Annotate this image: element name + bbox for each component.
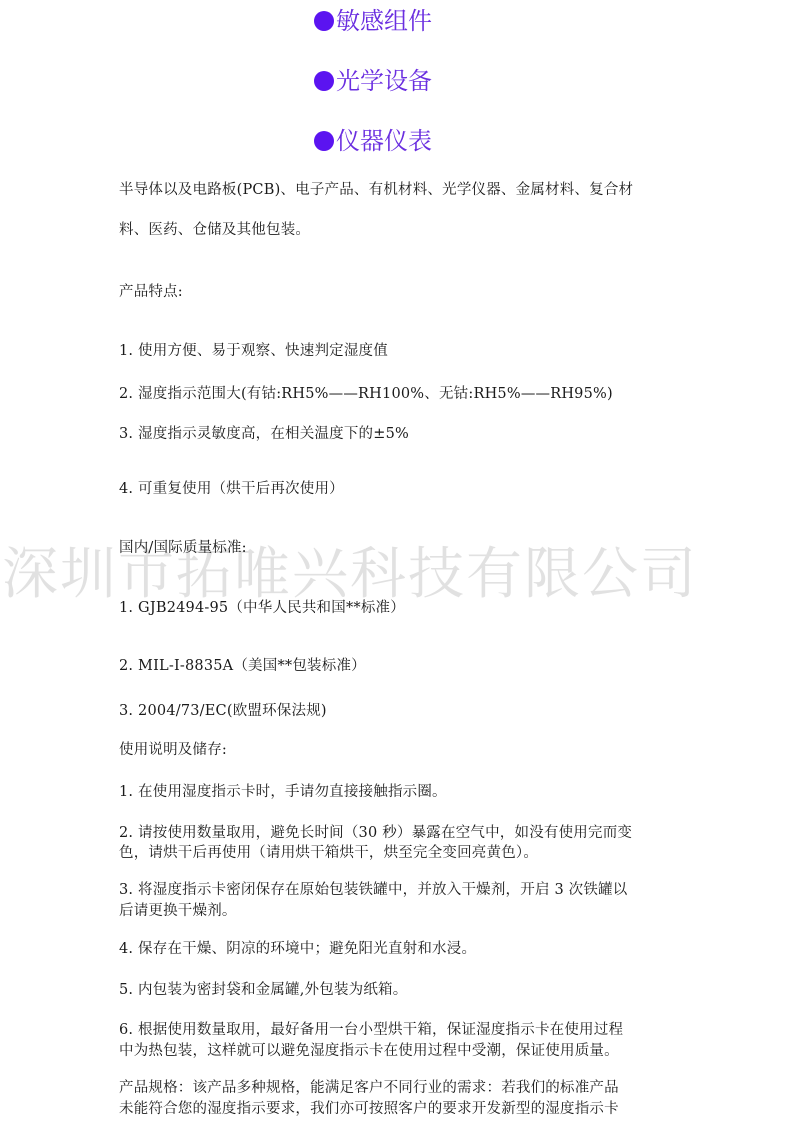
standard-item: 1. GJB2494-95（中华人民共和国**标准）: [119, 598, 405, 618]
usage-item: 2. 请按使用数量取用，避免长时间（30 秒）暴露在空气中，如没有使用完而变: [119, 823, 632, 843]
features-title: 产品特点:: [119, 282, 183, 302]
feature-item: 4. 可重复使用（烘干后再次使用）: [119, 479, 344, 499]
usage-item: 6. 根据使用数量取用，最好备用一台小型烘干箱，保证湿度指示卡在使用过程: [119, 1020, 623, 1040]
specs-line-1: 产品规格：该产品多种规格，能满足客户不同行业的需求：若我们的标准产品: [119, 1078, 619, 1098]
heading-instruments: 仪器仪表: [314, 126, 432, 156]
standard-item: 3. 2004/73/EC(欧盟环保法规): [119, 701, 327, 721]
intro-line-1: 半导体以及电路板(PCB)、电子产品、有机材料、光学仪器、金属材料、复合材: [119, 180, 633, 200]
usage-item-cont: 中为热包装，这样就可以避免湿度指示卡在使用过程中受潮，保证使用质量。: [119, 1041, 619, 1061]
bullet-dot-icon: [314, 11, 334, 31]
heading-optical-equipment: 光学设备: [314, 66, 432, 96]
bullet-dot-icon: [314, 71, 334, 91]
usage-item: 1. 在使用湿度指示卡时，手请勿直接接触指示圈。: [119, 782, 447, 802]
bullet-dot-icon: [314, 131, 334, 151]
heading-sensitive-components: 敏感组件: [314, 6, 432, 36]
usage-item-cont: 色，请烘干后再使用（请用烘干箱烘干，烘至完全变回亮黄色）。: [119, 843, 538, 863]
feature-item: 3. 湿度指示灵敏度高，在相关温度下的±5%: [119, 424, 409, 444]
usage-item: 5. 内包装为密封袋和金属罐,外包装为纸箱。: [119, 980, 407, 1000]
feature-item: 1. 使用方便、易于观察、快速判定湿度值: [119, 341, 388, 361]
usage-item: 3. 将湿度指示卡密闭保存在原始包装铁罐中，并放入干燥剂，开启 3 次铁罐以: [119, 880, 627, 900]
standard-item: 2. MIL-I-8835A（美国**包装标准）: [119, 656, 366, 676]
standards-title: 国内/国际质量标准:: [119, 538, 247, 558]
intro-line-2: 料、医药、仓储及其他包装。: [119, 220, 310, 240]
usage-item-cont: 后请更换干燥剂。: [119, 901, 237, 921]
specs-line-2: 未能符合您的湿度指示要求，我们亦可按照客户的要求开发新型的湿度指示卡: [119, 1099, 619, 1119]
usage-item: 4. 保存在干燥、阴凉的环境中；避免阳光直射和水浸。: [119, 939, 476, 959]
feature-item: 2. 湿度指示范围大(有钴:RH5%——RH100%、无钴:RH5%——RH95…: [119, 384, 613, 404]
usage-title: 使用说明及储存:: [119, 740, 227, 760]
